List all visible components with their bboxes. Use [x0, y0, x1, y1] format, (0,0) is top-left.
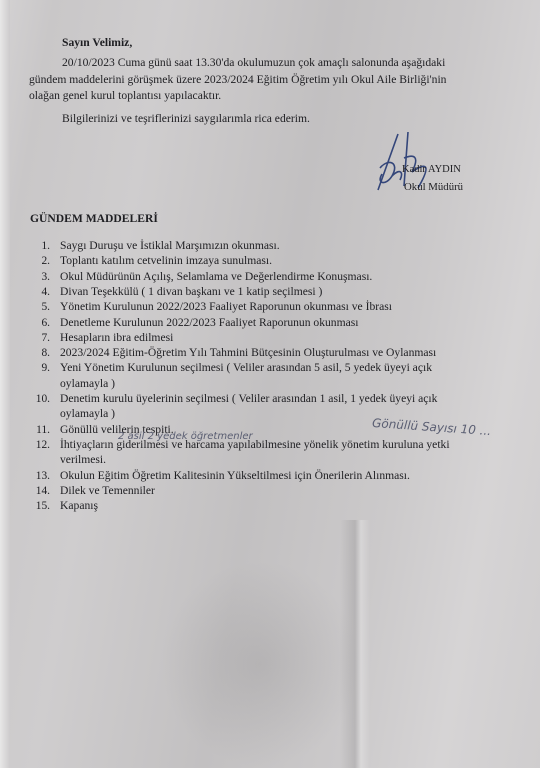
- agenda-item-number: 14.: [28, 484, 50, 498]
- agenda-heading: GÜNDEM MADDELERİ: [30, 212, 158, 226]
- agenda-item: Yeni Yönetim Kurulunun seçilmesi ( Velil…: [60, 361, 432, 375]
- agenda-item-number: 12.: [28, 438, 50, 452]
- agenda-item: Toplantı katılım cetvelinin imzaya sunul…: [60, 254, 272, 268]
- agenda-item-number: 2.: [28, 254, 50, 268]
- agenda-item: Okulun Eğitim Öğretim Kalitesinin Yüksel…: [60, 469, 410, 483]
- paper-fold: [340, 520, 370, 768]
- agenda-item: Divan Teşekkülü ( 1 divan başkanı ve 1 k…: [60, 285, 322, 299]
- paper-shadow: [160, 560, 360, 768]
- agenda-item: Denetim kurulu üyelerinin seçilmesi ( Ve…: [60, 392, 437, 406]
- agenda-item-continuation: oylamayla ): [60, 407, 115, 421]
- agenda-item-continuation: verilmesi.: [60, 453, 106, 467]
- agenda-item: 2023/2024 Eğitim-Öğretim Yılı Tahmini Bü…: [60, 346, 436, 360]
- agenda-item: Saygı Duruşu ve İstiklal Marşımızın okun…: [60, 239, 280, 253]
- agenda-item: Okul Müdürünün Açılış, Selamlama ve Değe…: [60, 270, 372, 284]
- agenda-item-number: 11.: [28, 423, 50, 437]
- paragraph1-line2: gündem maddelerini görüşmek üzere 2023/2…: [29, 73, 446, 87]
- agenda-item: Dilek ve Temenniler: [60, 484, 155, 498]
- agenda-item-number: 9.: [28, 361, 50, 375]
- agenda-item-number: 1.: [28, 239, 50, 253]
- agenda-item-number: 3.: [28, 270, 50, 284]
- paper-edge: [0, 0, 10, 768]
- agenda-item: Denetleme Kurulunun 2022/2023 Faaliyet R…: [60, 316, 359, 330]
- paragraph2: Bilgilerinizi ve teşriflerinizi saygılar…: [62, 112, 310, 126]
- agenda-item-number: 10.: [28, 392, 50, 406]
- signatory-title: Okul Müdürü: [404, 180, 463, 194]
- agenda-item: Kapanış: [60, 499, 98, 513]
- agenda-item-number: 6.: [28, 316, 50, 330]
- agenda-item: Yönetim Kurulunun 2022/2023 Faaliyet Rap…: [60, 300, 392, 314]
- handwritten-note-item10: 2 asil 2 yedek öğretmenler: [118, 431, 253, 442]
- agenda-item-continuation: oylamayla ): [60, 377, 115, 391]
- salutation: Sayın Velimiz,: [62, 36, 132, 50]
- agenda-item-number: 4.: [28, 285, 50, 299]
- agenda-item: Hesapların ibra edilmesi: [60, 331, 173, 345]
- agenda-item-number: 15.: [28, 499, 50, 513]
- handwritten-note-item11: Gönüllü Sayısı 10 ...: [372, 416, 492, 438]
- agenda-item-number: 8.: [28, 346, 50, 360]
- agenda-item-number: 5.: [28, 300, 50, 314]
- paragraph1-line1: 20/10/2023 Cuma günü saat 13.30'da okulu…: [62, 56, 445, 70]
- agenda-item-number: 13.: [28, 469, 50, 483]
- paragraph1-line3: olağan genel kurul toplantısı yapılacakt…: [29, 89, 221, 103]
- agenda-item-number: 7.: [28, 331, 50, 345]
- signatory-name: Kadir AYDIN: [402, 163, 461, 177]
